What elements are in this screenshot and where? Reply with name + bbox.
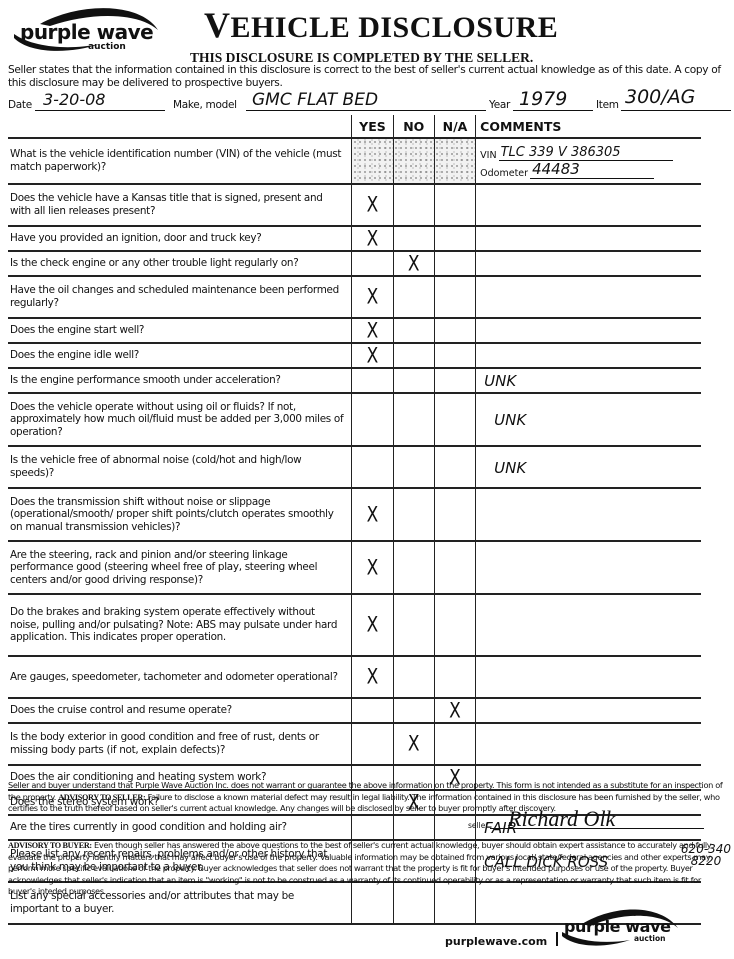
question-text: Have the oil changes and scheduled maint… — [8, 276, 352, 318]
no-checkbox[interactable] — [393, 446, 434, 488]
question-text: Are gauges, speedometer, tachometer and … — [8, 656, 352, 698]
na-checkbox[interactable] — [434, 343, 475, 368]
odometer-value: 44483 — [530, 160, 654, 179]
year-value: 1979 — [519, 88, 567, 110]
table-row: Does the transmission shift without nois… — [8, 488, 701, 541]
na-checkbox[interactable] — [434, 251, 475, 276]
no-checkbox[interactable]: X — [393, 251, 434, 276]
vin-label: VIN — [480, 150, 496, 161]
na-cell-disabled — [434, 138, 475, 184]
logo-name: purple wave — [20, 20, 153, 44]
table-row: Have you provided an ignition, door and … — [8, 226, 701, 251]
no-checkbox[interactable] — [393, 276, 434, 318]
table-row: Does the vehicle have a Kansas title tha… — [8, 184, 701, 226]
seller-signature: Richard Olk — [508, 806, 615, 832]
yes-checkbox[interactable] — [352, 723, 393, 765]
yes-checkbox[interactable] — [352, 815, 393, 840]
vin-value: TLC 339 V 386305 — [499, 145, 673, 161]
na-checkbox[interactable] — [434, 723, 475, 765]
question-text: Is the vehicle free of abnormal noise (c… — [8, 446, 352, 488]
na-checkbox[interactable] — [434, 488, 475, 541]
no-checkbox[interactable] — [393, 488, 434, 541]
na-checkbox[interactable] — [434, 276, 475, 318]
yes-checkbox[interactable] — [352, 393, 393, 446]
na-checkbox[interactable] — [434, 318, 475, 343]
question-header — [8, 115, 352, 138]
question-text: Does the engine start well? — [8, 318, 352, 343]
x-mark-icon: X — [367, 613, 379, 638]
advisory-to-seller-heading: ADVISORY TO SELLER: — [58, 793, 145, 802]
no-checkbox[interactable] — [393, 368, 434, 393]
comments-header: COMMENTS — [476, 115, 701, 138]
no-checkbox[interactable] — [393, 393, 434, 446]
x-mark-icon: X — [367, 343, 379, 368]
na-checkbox[interactable] — [434, 541, 475, 594]
question-text: Is the check engine or any other trouble… — [8, 251, 352, 276]
comment-cell[interactable] — [476, 184, 701, 226]
na-checkbox[interactable] — [434, 656, 475, 698]
comment-text: UNK — [494, 459, 526, 477]
table-row: Do the brakes and braking system operate… — [8, 594, 701, 656]
yes-checkbox[interactable]: X — [352, 343, 393, 368]
comment-text: UNK — [484, 372, 516, 390]
comment-cell[interactable] — [476, 594, 701, 656]
no-checkbox[interactable] — [393, 698, 434, 723]
logo-sub: auction — [634, 934, 666, 943]
no-checkbox[interactable] — [393, 594, 434, 656]
na-checkbox[interactable] — [434, 393, 475, 446]
item-value: 300/AG — [625, 86, 695, 108]
question-text: Is the engine performance smooth under a… — [8, 368, 352, 393]
purple-wave-logo: purple wave auction — [10, 4, 160, 52]
date-label: Date — [8, 99, 32, 111]
question-text: Are the steering, rack and pinion and/or… — [8, 541, 352, 594]
yes-checkbox[interactable] — [352, 446, 393, 488]
no-checkbox[interactable] — [393, 815, 434, 840]
question-text: Is the body exterior in good condition a… — [8, 723, 352, 765]
no-checkbox[interactable] — [393, 343, 434, 368]
yes-checkbox[interactable] — [352, 251, 393, 276]
make-label: Make, model — [173, 99, 237, 111]
no-checkbox[interactable] — [393, 226, 434, 251]
table-row: Does the engine start well?X — [8, 318, 701, 343]
table-header-row: YES NO N/A COMMENTS — [8, 115, 701, 138]
table-row: Is the vehicle free of abnormal noise (c… — [8, 446, 701, 488]
table-row: Are the steering, rack and pinion and/or… — [8, 541, 701, 594]
yes-cell-disabled — [352, 138, 393, 184]
yes-checkbox[interactable]: X — [352, 276, 393, 318]
intro-text: Seller states that the information conta… — [8, 64, 728, 90]
x-mark-icon: X — [367, 665, 379, 690]
question-text: Have you provided an ignition, door and … — [8, 226, 352, 251]
make-model-value: GMC FLAT BED — [252, 90, 378, 110]
comment-cell[interactable] — [476, 541, 701, 594]
x-mark-icon: X — [367, 226, 379, 251]
na-header: N/A — [434, 115, 475, 138]
x-mark-icon: X — [408, 251, 420, 276]
table-row: Have the oil changes and scheduled maint… — [8, 276, 701, 318]
table-row: Does the vehicle operate without using o… — [8, 393, 701, 446]
yes-checkbox[interactable]: X — [352, 226, 393, 251]
question-text: Do the brakes and braking system operate… — [8, 594, 352, 656]
yes-checkbox[interactable] — [352, 368, 393, 393]
comment-cell[interactable] — [476, 656, 701, 698]
yes-checkbox[interactable] — [352, 698, 393, 723]
footer-url[interactable]: purplewave.com — [445, 935, 547, 948]
x-mark-icon: X — [367, 555, 379, 580]
no-checkbox[interactable] — [393, 541, 434, 594]
no-cell-disabled — [393, 138, 434, 184]
advisory-to-buyer-heading: ADVISORY TO BUYER: — [8, 841, 92, 850]
na-checkbox[interactable] — [434, 184, 475, 226]
comment-cell[interactable]: UNK — [476, 446, 701, 488]
comment-cell[interactable] — [476, 488, 701, 541]
yes-checkbox[interactable]: X — [352, 594, 393, 656]
question-text: Does the vehicle have a Kansas title tha… — [8, 184, 352, 226]
comment-cell[interactable] — [476, 318, 701, 343]
table-row: Is the body exterior in good condition a… — [8, 723, 701, 765]
make-model-field[interactable]: GMC FLAT BED — [246, 94, 486, 111]
year-label: Year — [489, 99, 510, 111]
x-mark-icon: X — [449, 698, 461, 723]
comment-cell[interactable]: UNK — [476, 368, 701, 393]
na-checkbox[interactable] — [434, 594, 475, 656]
comment-cell[interactable] — [476, 276, 701, 318]
yes-checkbox[interactable]: X — [352, 184, 393, 226]
yes-checkbox[interactable]: X — [352, 488, 393, 541]
vin-question: What is the vehicle identification numbe… — [8, 138, 352, 184]
year-field[interactable]: 1979 — [513, 94, 593, 111]
footer-divider — [556, 932, 558, 946]
no-checkbox[interactable] — [393, 184, 434, 226]
table-row: Does the cruise control and resume opera… — [8, 698, 701, 723]
no-checkbox[interactable]: X — [393, 723, 434, 765]
seller-signature-field[interactable]: seller Richard Olk — [468, 812, 704, 830]
question-text: Does the engine idle well? — [8, 343, 352, 368]
table-row: Is the check engine or any other trouble… — [8, 251, 701, 276]
yes-checkbox[interactable]: X — [352, 656, 393, 698]
na-checkbox[interactable] — [434, 226, 475, 251]
vehicle-fields: Date 3-20-08 Make, model GMC FLAT BED Ye… — [8, 92, 732, 112]
seller-label: seller — [468, 821, 488, 830]
comment-cell[interactable] — [476, 343, 701, 368]
yes-checkbox[interactable]: X — [352, 541, 393, 594]
odometer-field[interactable]: Odometer 44483 — [480, 161, 701, 179]
comment-cell[interactable]: UNK — [476, 393, 701, 446]
item-field[interactable]: 300/AG — [621, 94, 731, 111]
vin-field[interactable]: VIN TLC 339 V 386305 — [480, 143, 701, 161]
question-text: Does the transmission shift without nois… — [8, 488, 352, 541]
x-mark-icon: X — [367, 193, 379, 218]
comment-cell[interactable] — [476, 226, 701, 251]
comment-cell[interactable] — [476, 251, 701, 276]
table-row: Is the engine performance smooth under a… — [8, 368, 701, 393]
x-mark-icon: X — [367, 285, 379, 310]
date-value: 3-20-08 — [43, 90, 105, 109]
na-checkbox[interactable]: X — [434, 698, 475, 723]
item-label: Item — [596, 99, 619, 111]
comment-cell[interactable] — [476, 723, 701, 765]
odometer-label: Odometer — [480, 168, 528, 179]
yes-header: YES — [352, 115, 393, 138]
na-checkbox[interactable] — [434, 368, 475, 393]
page-title: VEHICLE DISCLOSURE — [204, 4, 558, 46]
buyer-advisory: ADVISORY TO BUYER: Even though seller ha… — [8, 840, 730, 898]
table-row: Are gauges, speedometer, tachometer and … — [8, 656, 701, 698]
date-field[interactable]: 3-20-08 — [35, 94, 165, 111]
na-checkbox[interactable] — [434, 446, 475, 488]
no-header: NO — [393, 115, 434, 138]
x-mark-icon: X — [408, 732, 420, 757]
question-text: Are the tires currently in good conditio… — [8, 815, 352, 840]
comment-cell[interactable] — [476, 698, 701, 723]
question-text: Does the vehicle operate without using o… — [8, 393, 352, 446]
vin-row: What is the vehicle identification numbe… — [8, 138, 701, 184]
x-mark-icon: X — [367, 502, 379, 527]
seller-advisory: Seller and buyer understand that Purple … — [8, 780, 730, 815]
vin-comments: VIN TLC 339 V 386305 Odometer 44483 — [476, 138, 701, 184]
no-checkbox[interactable] — [393, 318, 434, 343]
table-row: Does the engine idle well?X — [8, 343, 701, 368]
yes-checkbox[interactable]: X — [352, 318, 393, 343]
x-mark-icon: X — [367, 318, 379, 343]
footer-logo: purple wave auction — [560, 906, 680, 946]
comment-text: UNK — [494, 411, 526, 429]
logo-sub: auction — [88, 42, 126, 52]
question-text: Does the cruise control and resume opera… — [8, 698, 352, 723]
no-checkbox[interactable] — [393, 656, 434, 698]
